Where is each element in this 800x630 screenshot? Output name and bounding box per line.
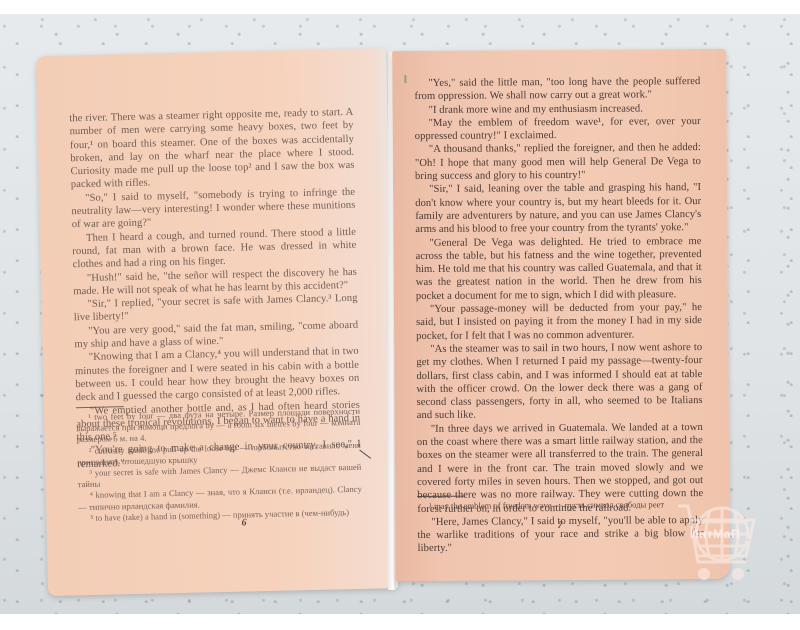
paragraph: "A thousand thanks," replied the foreign…: [415, 142, 701, 184]
paragraph: "So," I said to myself, "somebody is try…: [71, 186, 356, 232]
paragraph: "Sir," I said, leaning over the table an…: [415, 181, 701, 236]
paragraph: "Your passage-money will be deducted fro…: [416, 301, 702, 343]
paragraph: "As the steamer was to sail in two hours…: [416, 341, 703, 423]
paragraph: "Yes," said the little man, "too long ha…: [414, 75, 700, 104]
paragraph: "General De Vega was delighted. He tried…: [415, 235, 701, 303]
paragraph: "May the emblem of freedom wave¹, for ev…: [415, 115, 701, 144]
footnote-rule: [76, 406, 124, 408]
page-number-right: 7: [557, 520, 562, 531]
page-number-left: 6: [241, 517, 246, 528]
footnote: ¹ may the emblem of freedom wave — пусть…: [417, 499, 703, 512]
paragraph: Then I heard a cough, and turned round. …: [72, 225, 357, 271]
watermark-label: ИнтМаП: [685, 527, 745, 541]
right-page-footnotes: ¹ may the emblem of freedom wave — пусть…: [417, 494, 703, 512]
shopping-cart-globe-icon: [676, 498, 756, 588]
right-page-body: "Yes," said the little man, "too long ha…: [414, 75, 703, 556]
paragraph: the river. There was a steamer right opp…: [69, 106, 355, 192]
left-page-footnotes: ¹ two feet by four — два фута на четыре.…: [76, 401, 363, 524]
paragraph: "Knowing that I am a Clancy,⁴ you will u…: [75, 345, 360, 405]
left-page: the river. There was a steamer right opp…: [36, 48, 398, 596]
green-margin-mark: [404, 75, 406, 83]
footnote-rule: [417, 496, 465, 497]
